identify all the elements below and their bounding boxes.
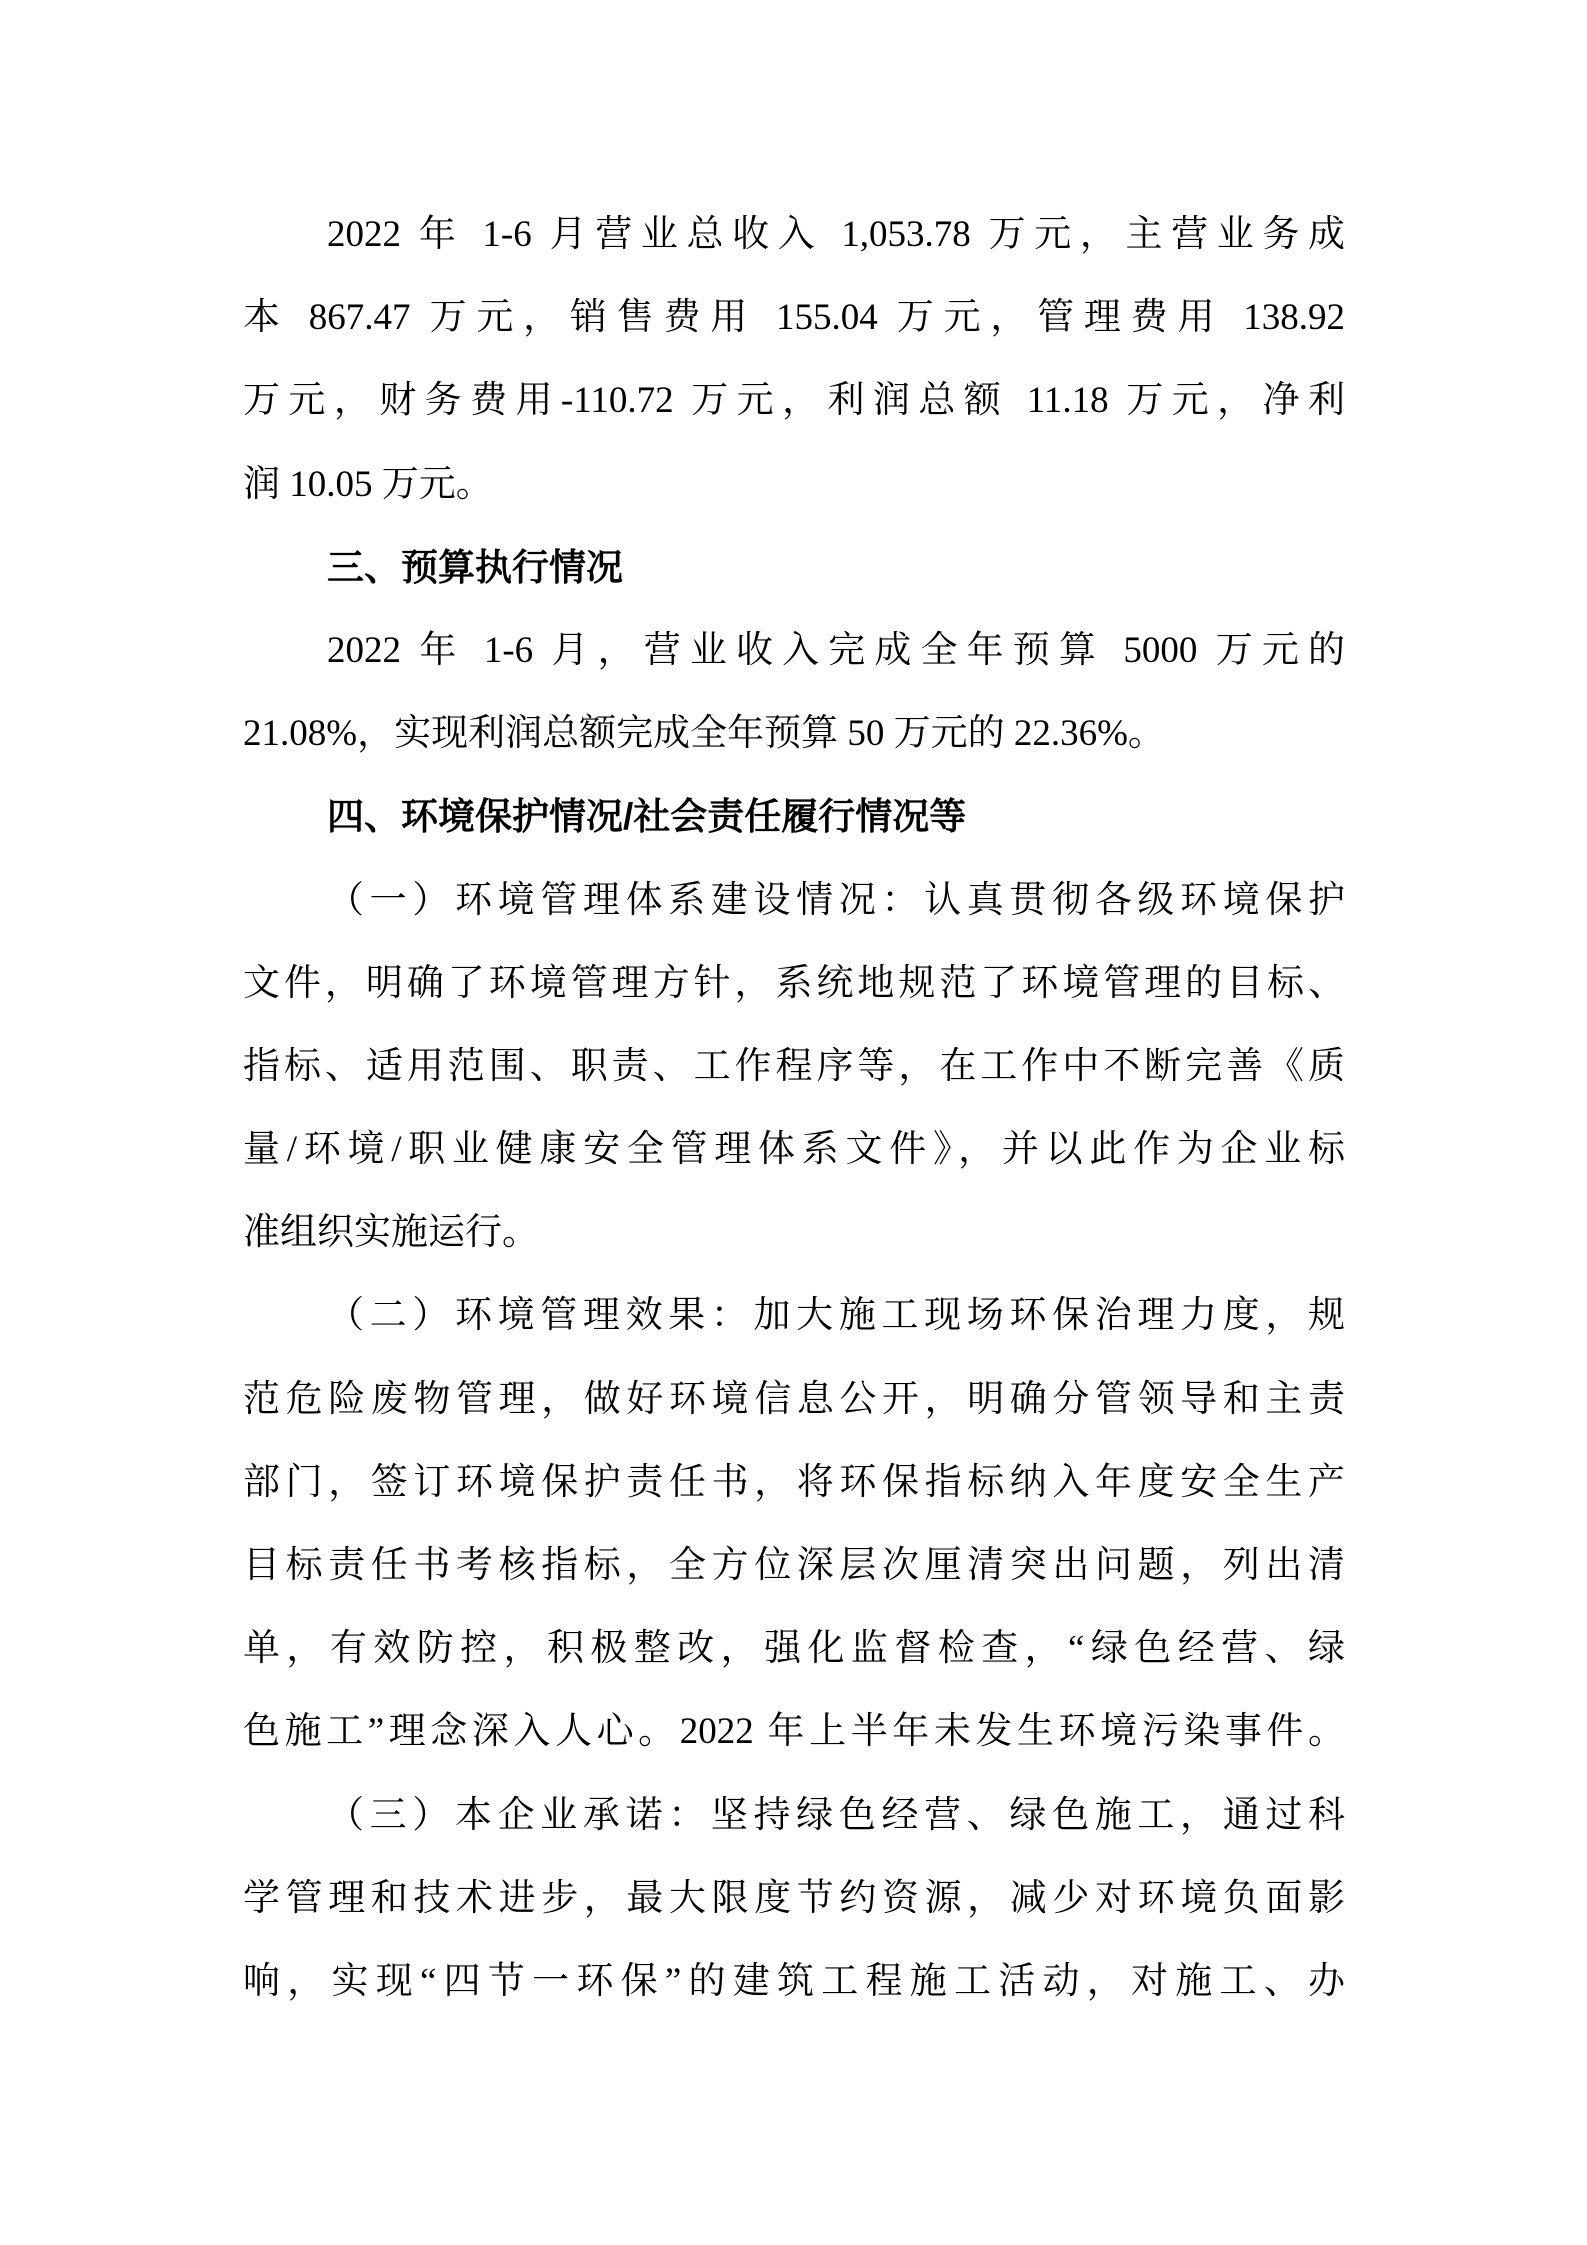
text-line: 文件，明确了环境管理方针，系统地规范了环境管理的目标、 xyxy=(243,942,1345,1025)
text-line: 学管理和技术进步，最大限度节约资源，减少对环境负面影 xyxy=(243,1857,1345,1940)
text-line: 2022 年 1-6 月，营业收入完成全年预算 5000 万元的 xyxy=(243,609,1345,692)
paragraph-budget-execution: 2022 年 1-6 月，营业收入完成全年预算 5000 万元的 21.08%，… xyxy=(243,609,1345,775)
text-line: 指标、适用范围、职责、工作程序等，在工作中不断完善《质 xyxy=(243,1025,1345,1108)
text-line: 2022 年 1-6 月营业总收入 1,053.78 万元，主营业务成 xyxy=(243,193,1345,276)
section-heading: 三、预算执行情况 xyxy=(243,526,1345,609)
text-line: （三）本企业承诺：坚持绿色经营、绿色施工，通过科 xyxy=(243,1774,1345,1857)
text-line: 色施工”理念深入人心。2022 年上半年未发生环境污染事件。 xyxy=(243,1690,1345,1773)
section-heading-budget-execution: 三、预算执行情况 xyxy=(243,526,1345,609)
text-line: 单，有效防控，积极整改，强化监督检查，“绿色经营、绿 xyxy=(243,1607,1345,1690)
text-line: 润 10.05 万元。 xyxy=(243,443,1345,526)
text-line: 21.08%，实现利润总额完成全年预算 50 万元的 22.36%。 xyxy=(243,692,1345,775)
text-line: 部门，签订环境保护责任书，将环保指标纳入年度安全生产 xyxy=(243,1441,1345,1524)
document-body: 2022 年 1-6 月营业总收入 1,053.78 万元，主营业务成 本 86… xyxy=(243,193,1345,2023)
paragraph-env-management-results: （二）环境管理效果：加大施工现场环保治理力度，规 范危险废物管理，做好环境信息公… xyxy=(243,1274,1345,1773)
text-line: 本 867.47 万元，销售费用 155.04 万元，管理费用 138.92 xyxy=(243,276,1345,359)
text-line: 范危险废物管理，做好环境信息公开，明确分管领导和主责 xyxy=(243,1358,1345,1441)
text-line: 量/环境/职业健康安全管理体系文件》，并以此作为企业标 xyxy=(243,1108,1345,1191)
section-heading: 四、环境保护情况/社会责任履行情况等 xyxy=(243,775,1345,858)
document-page: 2022 年 1-6 月营业总收入 1,053.78 万元，主营业务成 本 86… xyxy=(0,0,1587,2245)
text-line: 目标责任书考核指标，全方位深层次厘清突出问题，列出清 xyxy=(243,1524,1345,1607)
paragraph-env-management-system: （一）环境管理体系建设情况：认真贯彻各级环境保护 文件，明确了环境管理方针，系统… xyxy=(243,859,1345,1275)
section-heading-environmental-protection: 四、环境保护情况/社会责任履行情况等 xyxy=(243,775,1345,858)
text-line: 万元，财务费用-110.72 万元，利润总额 11.18 万元，净利 xyxy=(243,359,1345,442)
text-line: （二）环境管理效果：加大施工现场环保治理力度，规 xyxy=(243,1274,1345,1357)
paragraph-financial-summary: 2022 年 1-6 月营业总收入 1,053.78 万元，主营业务成 本 86… xyxy=(243,193,1345,526)
text-line: （一）环境管理体系建设情况：认真贯彻各级环境保护 xyxy=(243,859,1345,942)
paragraph-enterprise-commitment: （三）本企业承诺：坚持绿色经营、绿色施工，通过科 学管理和技术进步，最大限度节约… xyxy=(243,1774,1345,2024)
text-line: 响，实现“四节一环保”的建筑工程施工活动，对施工、办 xyxy=(243,1940,1345,2023)
text-line: 准组织实施运行。 xyxy=(243,1191,1345,1274)
